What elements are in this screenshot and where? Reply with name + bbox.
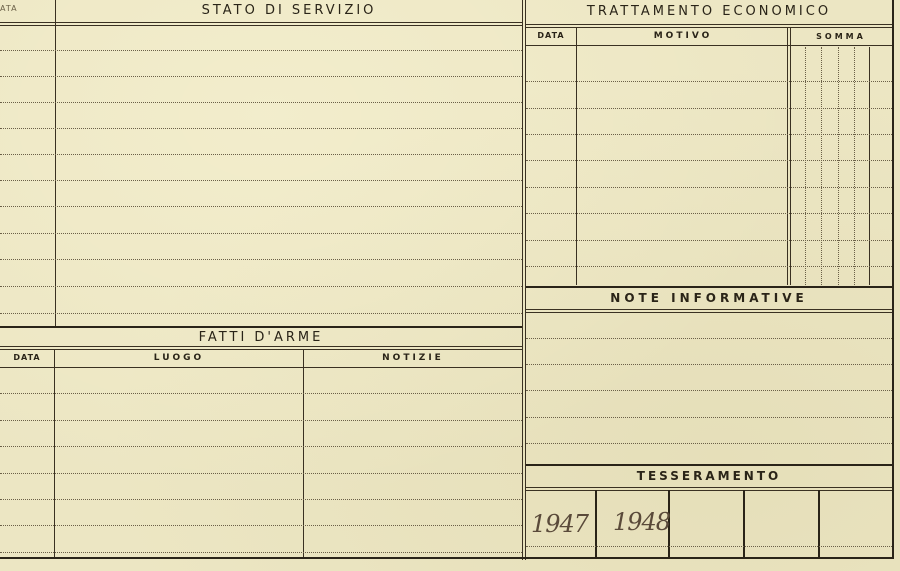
somma-cents-divider	[869, 47, 870, 285]
entry-line[interactable]	[526, 134, 892, 135]
header-rule-bottom	[0, 25, 522, 26]
year-cell-empty[interactable]	[822, 508, 890, 544]
entry-line[interactable]	[0, 552, 522, 553]
header-rule-bottom	[526, 490, 892, 491]
entry-line[interactable]	[526, 417, 892, 418]
fatti-d-arme-title: FATTI D'ARME	[0, 330, 522, 345]
somma-digit-divider	[805, 47, 806, 285]
column-header-rule	[0, 367, 522, 368]
luogo-column-header: LUOGO	[55, 353, 303, 363]
motivo-somma-divider	[787, 27, 788, 285]
right-border	[892, 0, 894, 559]
year-cell-1948[interactable]: 1948	[613, 508, 667, 536]
section-rule	[0, 326, 522, 328]
entry-line[interactable]	[0, 102, 522, 103]
luogo-notizie-divider	[303, 349, 304, 558]
entry-line[interactable]	[0, 525, 522, 526]
center-divider	[522, 0, 523, 560]
entry-line[interactable]	[0, 128, 522, 129]
note-informative-title: NOTE INFORMATIVE	[526, 291, 892, 305]
header-rule-top	[526, 24, 892, 25]
entry-line[interactable]	[526, 160, 892, 161]
header-rule-bottom	[526, 312, 892, 313]
stato-di-servizio-title: STATO DI SERVIZIO	[56, 3, 522, 18]
entry-line[interactable]	[526, 364, 892, 365]
entry-line[interactable]	[0, 206, 522, 207]
header-rule-top	[526, 487, 892, 488]
bottom-rule	[0, 557, 893, 559]
service-record-card: ATA STATO DI SERVIZIO FATTI D'ARME DATA …	[0, 0, 900, 571]
entry-line[interactable]	[0, 473, 522, 474]
entry-line[interactable]	[526, 338, 892, 339]
year-cell-1947[interactable]: 1947	[531, 510, 591, 538]
entry-line[interactable]	[0, 180, 522, 181]
entry-line[interactable]	[526, 266, 892, 267]
header-rule-top	[526, 309, 892, 310]
entry-line[interactable]	[0, 154, 522, 155]
column-header-rule	[526, 45, 892, 46]
header-rule-bottom	[526, 27, 892, 28]
header-rule-top	[0, 22, 522, 23]
somma-column-header: SOMMA	[790, 32, 892, 41]
entry-line[interactable]	[526, 390, 892, 391]
header-rule-bottom	[0, 349, 522, 350]
data-column-divider	[54, 349, 55, 558]
trattamento-economico-title: TRATTAMENTO ECONOMICO	[526, 4, 892, 19]
data-column-header: ATA	[0, 4, 50, 13]
entry-line[interactable]	[0, 446, 522, 447]
entry-line[interactable]	[526, 443, 892, 444]
data-column-divider	[55, 0, 56, 326]
section-rule	[526, 286, 892, 288]
header-rule-top	[0, 346, 522, 347]
entry-line[interactable]	[526, 240, 892, 241]
entry-line[interactable]	[0, 313, 522, 314]
somma-digit-divider	[838, 47, 839, 285]
entry-line[interactable]	[0, 393, 522, 394]
entry-line[interactable]	[526, 81, 892, 82]
year-baseline	[526, 546, 892, 547]
tesseramento-title: TESSERAMENTO	[526, 469, 892, 483]
entry-line[interactable]	[0, 76, 522, 77]
motivo-column-header: MOTIVO	[578, 31, 788, 41]
entry-line[interactable]	[0, 286, 522, 287]
entry-line[interactable]	[0, 50, 522, 51]
year-cell-empty[interactable]	[672, 508, 740, 544]
somma-digit-divider	[854, 47, 855, 285]
entry-line[interactable]	[526, 213, 892, 214]
entry-line[interactable]	[526, 187, 892, 188]
entry-line[interactable]	[0, 499, 522, 500]
year-cell-empty[interactable]	[747, 508, 815, 544]
entry-line[interactable]	[0, 259, 522, 260]
data-column-divider	[576, 27, 577, 285]
notizie-column-header: NOTIZIE	[304, 353, 522, 363]
somma-digit-divider	[821, 47, 822, 285]
data-column-header: DATA	[526, 31, 576, 40]
entry-line[interactable]	[526, 108, 892, 109]
motivo-somma-divider-inner	[790, 27, 791, 285]
data-column-header: DATA	[0, 353, 54, 362]
entry-line[interactable]	[0, 233, 522, 234]
section-rule	[526, 464, 892, 466]
entry-line[interactable]	[0, 420, 522, 421]
